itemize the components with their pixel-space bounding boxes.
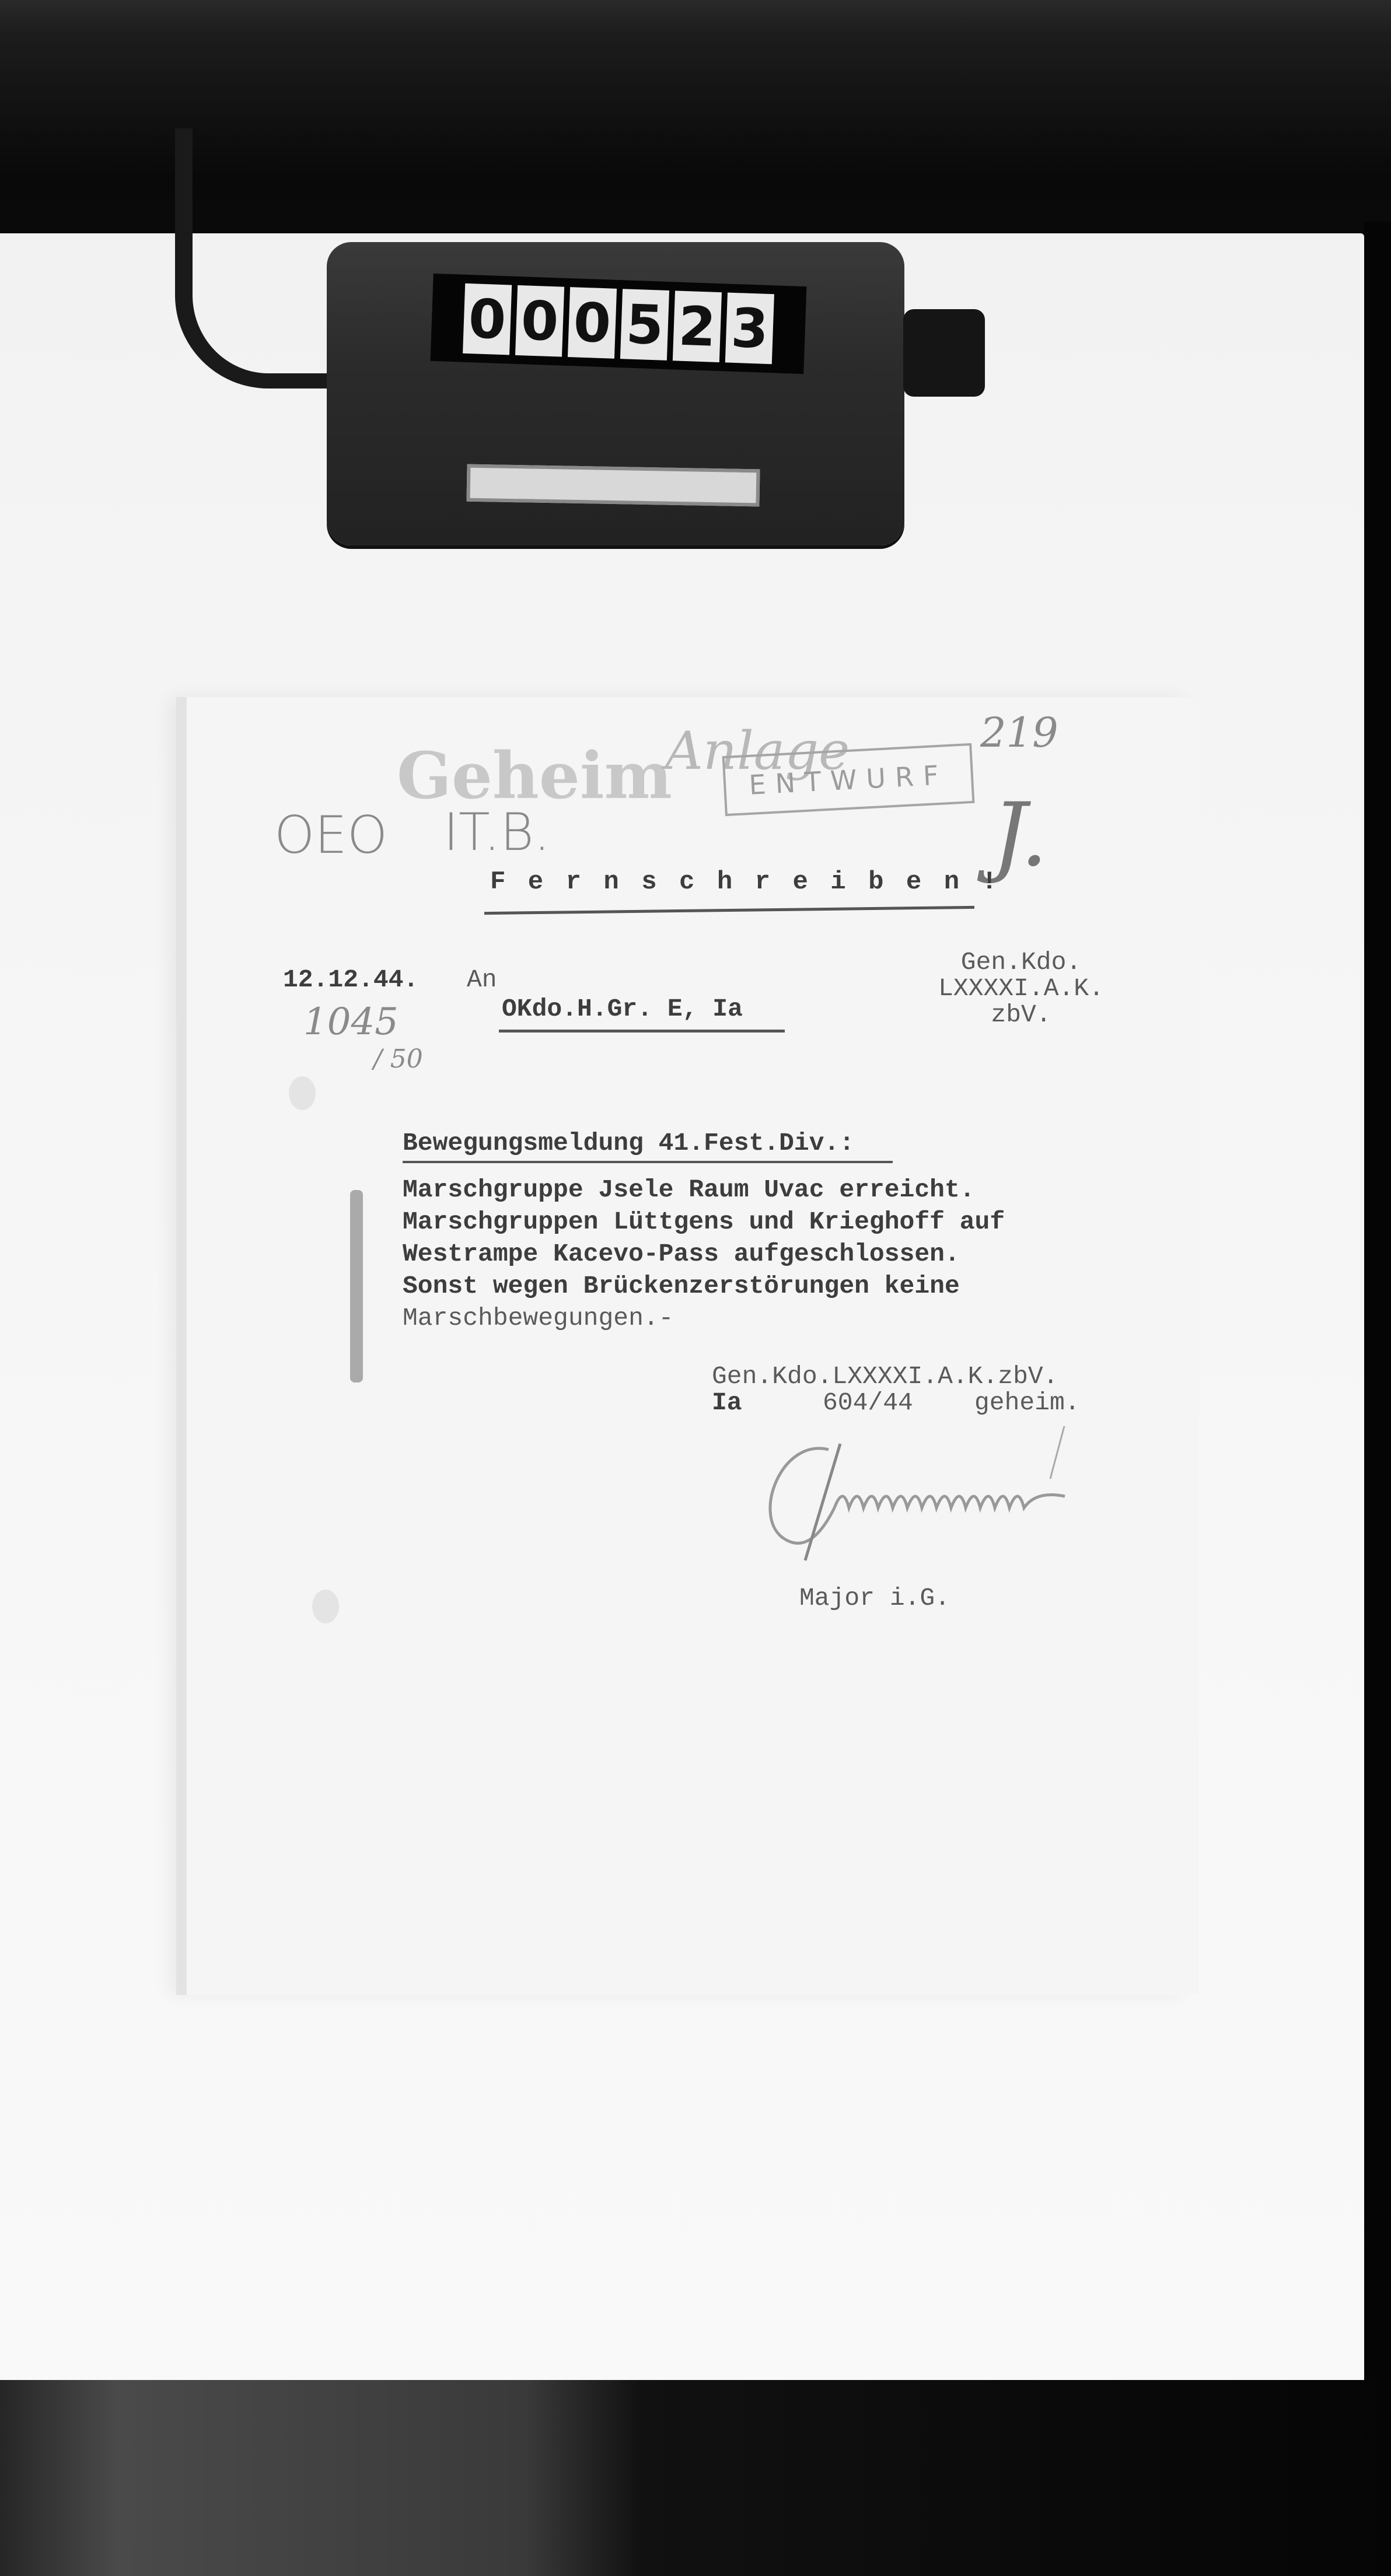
reference-unit: Ia [712,1388,742,1417]
body-line: Westrampe Kacevo-Pass aufgeschlossen. [403,1240,960,1268]
sender-line: LXXXXI.A.K. [934,974,1109,1003]
recipient-underline [499,1030,785,1032]
handwritten-page-number: 219 [980,709,1058,757]
counter-cable [175,128,344,388]
body-line: Marschgruppe Jsele Raum Uvac erreicht. [403,1175,975,1204]
body-line: Marschbewegungen.- [403,1304,673,1332]
document-title: F e r n s c h r e i b e n ! [490,867,1001,897]
counter-knob [903,309,985,397]
counter-digit: 5 [620,289,669,360]
document-page: Geheim Anlage 219 ENTWURF OEO IT.B. J. F… [187,697,1199,1995]
handwritten-time-note: / 50 [373,1044,423,1074]
film-border-bottom [0,2380,1391,2576]
reference-number: 604/44 [823,1388,913,1417]
signature [747,1426,1155,1566]
title-underline [484,906,974,915]
to-label: An [467,965,497,994]
recipient: OKdo.H.Gr. E, Ia [502,995,743,1023]
counter-label-plate [466,464,760,507]
film-border-right [1364,222,1391,2380]
handwritten-reference: IT.B. [443,802,550,862]
reference-line: Gen.Kdo.LXXXXI.A.K.zbV. [712,1362,1058,1391]
sender-line: Gen.Kdo. [934,948,1109,977]
counter-digit: 0 [463,283,512,355]
reference-classification: geheim. [974,1388,1080,1417]
body-line: Marschgruppen Lüttgens und Krieghoff auf [403,1207,1005,1236]
counter-digit: 2 [673,290,722,362]
handwritten-time: 1045 [303,1000,399,1044]
draft-stamp: ENTWURF [722,743,975,816]
frame-counter-display: 0 0 0 5 2 3 [431,274,807,374]
signatory-rank: Major i.G. [799,1584,950,1612]
counter-digit: 0 [515,285,564,357]
counter-digit: 0 [568,287,617,359]
subject-underline [403,1161,893,1163]
body-line: Sonst wegen Brückenzerstörungen keine [403,1272,960,1300]
handwritten-oeo: OEO [274,805,387,865]
punch-hole [289,1076,316,1110]
sender-line: zbV. [934,1000,1109,1029]
counter-digit: 3 [725,292,774,364]
subject-line: Bewegungsmeldung 41.Fest.Div.: [403,1129,854,1157]
punch-hole [312,1590,339,1623]
document-date: 12.12.44. [283,965,418,994]
pencil-margin-mark [350,1190,363,1382]
